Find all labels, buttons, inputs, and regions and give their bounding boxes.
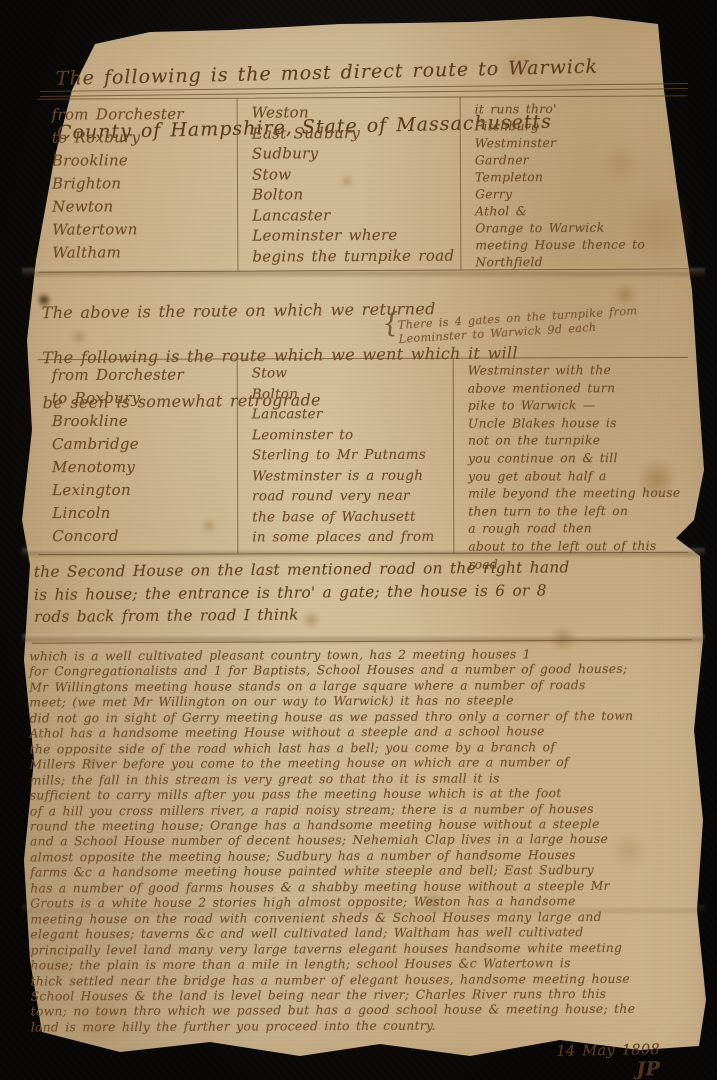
route1-column-3: it runs thro' Fitchburg Westminster Gard…	[460, 96, 689, 269]
route2-col3-directions: Westminster with the above mentioned tur…	[468, 363, 681, 571]
route-table-returned: from Dorchester to Roxbury Brookline Bri…	[38, 95, 689, 272]
route2-col1-towns: from Dorchester to Roxbury Brookline Cam…	[52, 366, 184, 545]
writer-initials: JP	[636, 1058, 660, 1080]
route2-column-1: from Dorchester to Roxbury Brookline Cam…	[38, 359, 238, 554]
route2-column-3: Westminster with the above mentioned tur…	[453, 358, 689, 553]
photograph-of-manuscript: The following is the most direct route t…	[0, 0, 717, 1080]
route1-col3-towns: it runs thro' Fitchburg Westminster Gard…	[475, 102, 646, 269]
route1-column-2: Weston East Sudbury Sudbury Stow Bolton …	[237, 97, 461, 270]
house-directions-paragraph: the Second House on the last mentioned r…	[34, 555, 700, 628]
route1-column-1: from Dorchester to Roxbury Brookline Bri…	[38, 99, 238, 272]
route2-column-2: Stow Bolton Lancaster Leominster to Ster…	[237, 359, 454, 554]
route2-col2-towns: Stow Bolton Lancaster Leominster to Ster…	[252, 365, 435, 545]
note-line-1: The above is the route on which we retur…	[42, 299, 436, 322]
route1-col1-towns: from Dorchester to Roxbury Brookline Bri…	[52, 105, 184, 262]
route1-col2-towns: Weston East Sudbury Sudbury Stow Bolton …	[252, 103, 455, 265]
route-table-went: from Dorchester to Roxbury Brookline Cam…	[38, 357, 689, 555]
dateline: 14 May 1808 JP	[430, 1026, 661, 1080]
document-date: 14 May 1808	[556, 1042, 660, 1060]
towns-description-paragraph: which is a well cultivated pleasant coun…	[29, 647, 703, 1036]
